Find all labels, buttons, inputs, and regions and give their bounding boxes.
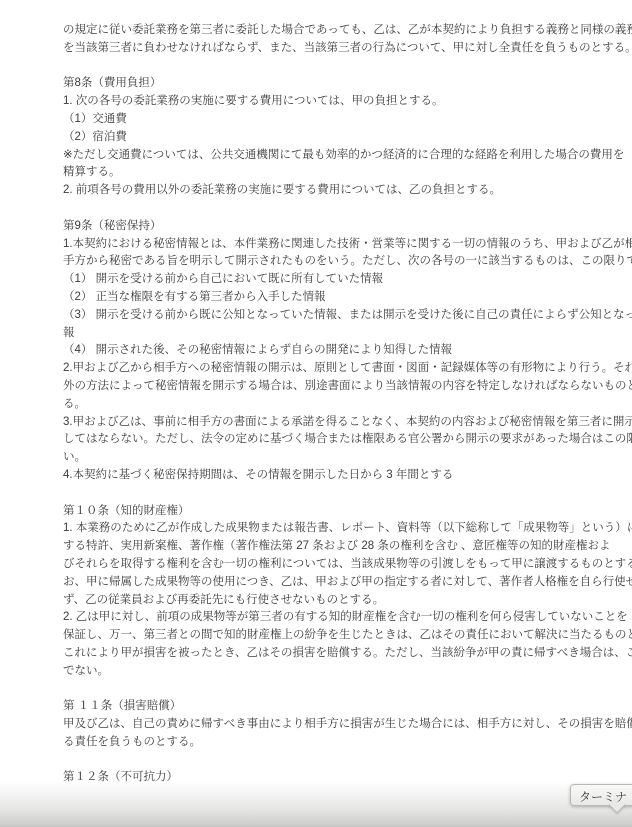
document-page: の規定に従い委託業務を第三者に委託した場合であっても、乙は、乙が本契約により負担… bbox=[0, 0, 632, 827]
document-line: 第１２条（不可抗力） bbox=[63, 769, 632, 787]
document-line: 4.本契約に基づく秘密保持期間は、その情報を開示した日から 3 年間とする bbox=[63, 467, 632, 485]
document-line: する特許、実用新案権、著作権（著作権法第 27 条および 28 条の権利を含む … bbox=[63, 538, 632, 556]
document-line: い。 bbox=[63, 449, 632, 467]
document-line: 精算する。 bbox=[63, 164, 632, 182]
document-line bbox=[63, 752, 632, 770]
document-line: これにより甲が損害を被ったとき、乙はその損害を賠償する。ただし、当該紛争が甲の責… bbox=[63, 645, 632, 663]
document-line bbox=[63, 58, 632, 76]
document-line: （3） 開示を受ける前から既に公知となっていた情報、または開示を受けた後に自己の… bbox=[63, 307, 632, 325]
document-line: でない。 bbox=[63, 663, 632, 681]
document-line: ず、乙の従業員および再委託先にも行使させないものとする。 bbox=[63, 592, 632, 610]
document-line: ※ただし交通費については、公共交通機関にて最も効率的かつ経済的に合理的な経路を利… bbox=[63, 147, 632, 165]
document-line: 保証し、万一、第三者との間で知的財産権上の紛争を生じたときは、乙はその責任におい… bbox=[63, 627, 632, 645]
document-line: 3.甲および乙は、事前に相手方の書面による承諾を得ることなく、本契約の内容および… bbox=[63, 414, 632, 432]
document-line: 第１０条（知的財産権） bbox=[63, 503, 632, 521]
document-line: 甲及び乙は、自己の責めに帰すべき事由により相手方に損害が生じた場合には、相手方に… bbox=[63, 716, 632, 734]
document-line: してはならない。ただし、法令の定めに基づく場合または権限ある官公署から開示の要求… bbox=[63, 431, 632, 449]
document-line: 1.本契約における秘密情報とは、本件業務に関連した技術・営業等に関する一切の情報… bbox=[63, 236, 632, 254]
document-line: お、甲に帰属した成果物等の使用につき、乙は、甲および甲の指定する者に対して、著作… bbox=[63, 574, 632, 592]
document-line: 手方から秘密である旨を明示して開示されたものをいう。ただし、次の各号の一に該当す… bbox=[63, 253, 632, 271]
dock-tooltip: ターミナ bbox=[570, 784, 632, 806]
document-line: 第8条（費用負担） bbox=[63, 75, 632, 93]
document-line bbox=[63, 485, 632, 503]
document-line: 1. 次の各号の委託業務の実施に要する費用については、甲の負担とする。 bbox=[63, 93, 632, 111]
dock-tooltip-label: ターミナ bbox=[571, 785, 632, 805]
document-line: 外の方法によって秘密情報を開示する場合は、別途書面により当該情報の内容を特定しな… bbox=[63, 378, 632, 396]
document-line: （1）交通費 bbox=[63, 111, 632, 129]
document-line: る責任を負うものとする。 bbox=[63, 734, 632, 752]
document-line: 1. 本業務のために乙が作成した成果物または報告書、レポート、資料等（以下総称し… bbox=[63, 520, 632, 538]
document-line bbox=[63, 680, 632, 698]
document-line: 2. 乙は甲に対し、前項の成果物等が第三者の有する知的財産権を含む一切の権利を何… bbox=[63, 609, 632, 627]
document-line: 第9条（秘密保持） bbox=[63, 218, 632, 236]
document-line: の規定に従い委託業務を第三者に委託した場合であっても、乙は、乙が本契約により負担… bbox=[63, 22, 632, 40]
document-line: 報 bbox=[63, 325, 632, 343]
document-line bbox=[63, 200, 632, 218]
document-line: （4） 開示された後、その秘密情報によらず自らの開発により知得した情報 bbox=[63, 342, 632, 360]
document-body: の規定に従い委託業務を第三者に委託した場合であっても、乙は、乙が本契約により負担… bbox=[63, 22, 632, 787]
document-line: （2） 正当な権限を有する第三者から入手した情報 bbox=[63, 289, 632, 307]
document-line: （2）宿泊費 bbox=[63, 129, 632, 147]
document-line: びそれらを取得する権利を含む一切の権利については、当該成果物等の引渡しをもって甲… bbox=[63, 556, 632, 574]
document-line: る。 bbox=[63, 396, 632, 414]
bottom-fade bbox=[0, 781, 632, 827]
document-line: （1） 開示を受ける前から自己において既に所有していた情報 bbox=[63, 271, 632, 289]
document-line: 2. 前項各号の費用以外の委託業務の実施に要する費用については、乙の負担とする。 bbox=[63, 182, 632, 200]
document-line: を当該第三者に負わせなければならず、また、当該第三者の行為について、甲に対し全責… bbox=[63, 40, 632, 58]
document-line: 2.甲および乙から相手方への秘密情報の開示は、原則として書面・図面・記録媒体等の… bbox=[63, 360, 632, 378]
document-line: 第 １１条（損害賠償） bbox=[63, 698, 632, 716]
